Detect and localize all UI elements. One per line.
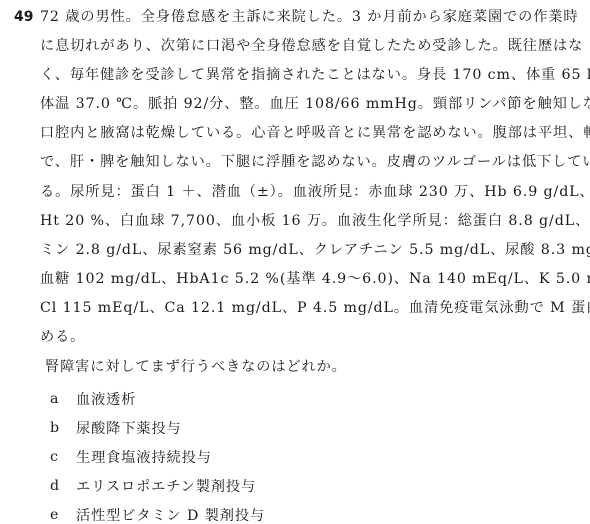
- option-letter: b: [47, 420, 76, 436]
- option-letter: e: [47, 507, 76, 523]
- option-text: 尿酸降下薬投与: [76, 418, 182, 438]
- case-stem: 72 歳の男性。全身倦怠感を主訴に来院した。3 か月前から家庭菜園での作業時 に…: [40, 6, 585, 355]
- answer-options: a 血液透析 b 尿酸降下薬投与 c 生理食塩液持続投与 d エリスロポエチン製…: [47, 384, 265, 524]
- option-c[interactable]: c 生理食塩液持続投与: [47, 442, 265, 471]
- option-e[interactable]: e 活性型ビタミン D 製剤投与: [47, 500, 265, 524]
- stem-line: 血糖 102 mg/dL、HbA1c 5.2 %(基準 4.9〜6.0)、Na …: [40, 268, 585, 297]
- stem-line: 口腔内と腋窩は乾燥している。心音と呼吸音とに異常を認めない。腹部は平坦、軟: [40, 122, 585, 151]
- option-d[interactable]: d エリスロポエチン製剤投与: [47, 471, 265, 500]
- stem-line: る。尿所見：蛋白 1 ＋、潜血（±）。血液所見：赤血球 230 万、Hb 6.9…: [40, 181, 585, 210]
- stem-line: に息切れがあり、次第に口渇や全身倦怠感を自覚したため受診した。既往歴はな: [40, 35, 585, 64]
- option-text: 血液透析: [76, 389, 136, 409]
- option-text: エリスロポエチン製剤投与: [76, 476, 256, 496]
- stem-line: Ht 20 %、白血球 7,700、血小板 16 万。血液生化学所見：総蛋白 8…: [40, 210, 585, 239]
- stem-line: める。: [40, 326, 585, 355]
- option-text: 生理食塩液持続投与: [76, 447, 212, 467]
- stem-line: く、毎年健診を受診して異常を指摘されたことはない。身長 170 cm、体重 65…: [40, 64, 585, 93]
- option-letter: d: [47, 478, 76, 494]
- option-letter: a: [47, 391, 76, 407]
- question-prompt: 腎障害に対してまず行うべきなのはどれか。: [45, 356, 347, 378]
- stem-line: 72 歳の男性。全身倦怠感を主訴に来院した。3 か月前から家庭菜園での作業時: [40, 6, 585, 35]
- stem-line: ミン 2.8 g/dL、尿素窒素 56 mg/dL、クレアチニン 5.5 mg/…: [40, 239, 585, 268]
- stem-line: で、肝・脾を触知しない。下腿に浮腫を認めない。皮膚のツルゴールは低下してい: [40, 151, 585, 180]
- stem-line: 体温 37.0 ℃。脈拍 92/分、整。血圧 108/66 mmHg。頸部リンパ…: [40, 93, 585, 122]
- option-text: 活性型ビタミン D 製剤投与: [76, 505, 265, 524]
- option-b[interactable]: b 尿酸降下薬投与: [47, 413, 265, 442]
- question-number: 49: [14, 6, 33, 28]
- option-letter: c: [47, 449, 76, 465]
- stem-line: Cl 115 mEq/L、Ca 12.1 mg/dL、P 4.5 mg/dL。血…: [40, 297, 585, 326]
- option-a[interactable]: a 血液透析: [47, 384, 265, 413]
